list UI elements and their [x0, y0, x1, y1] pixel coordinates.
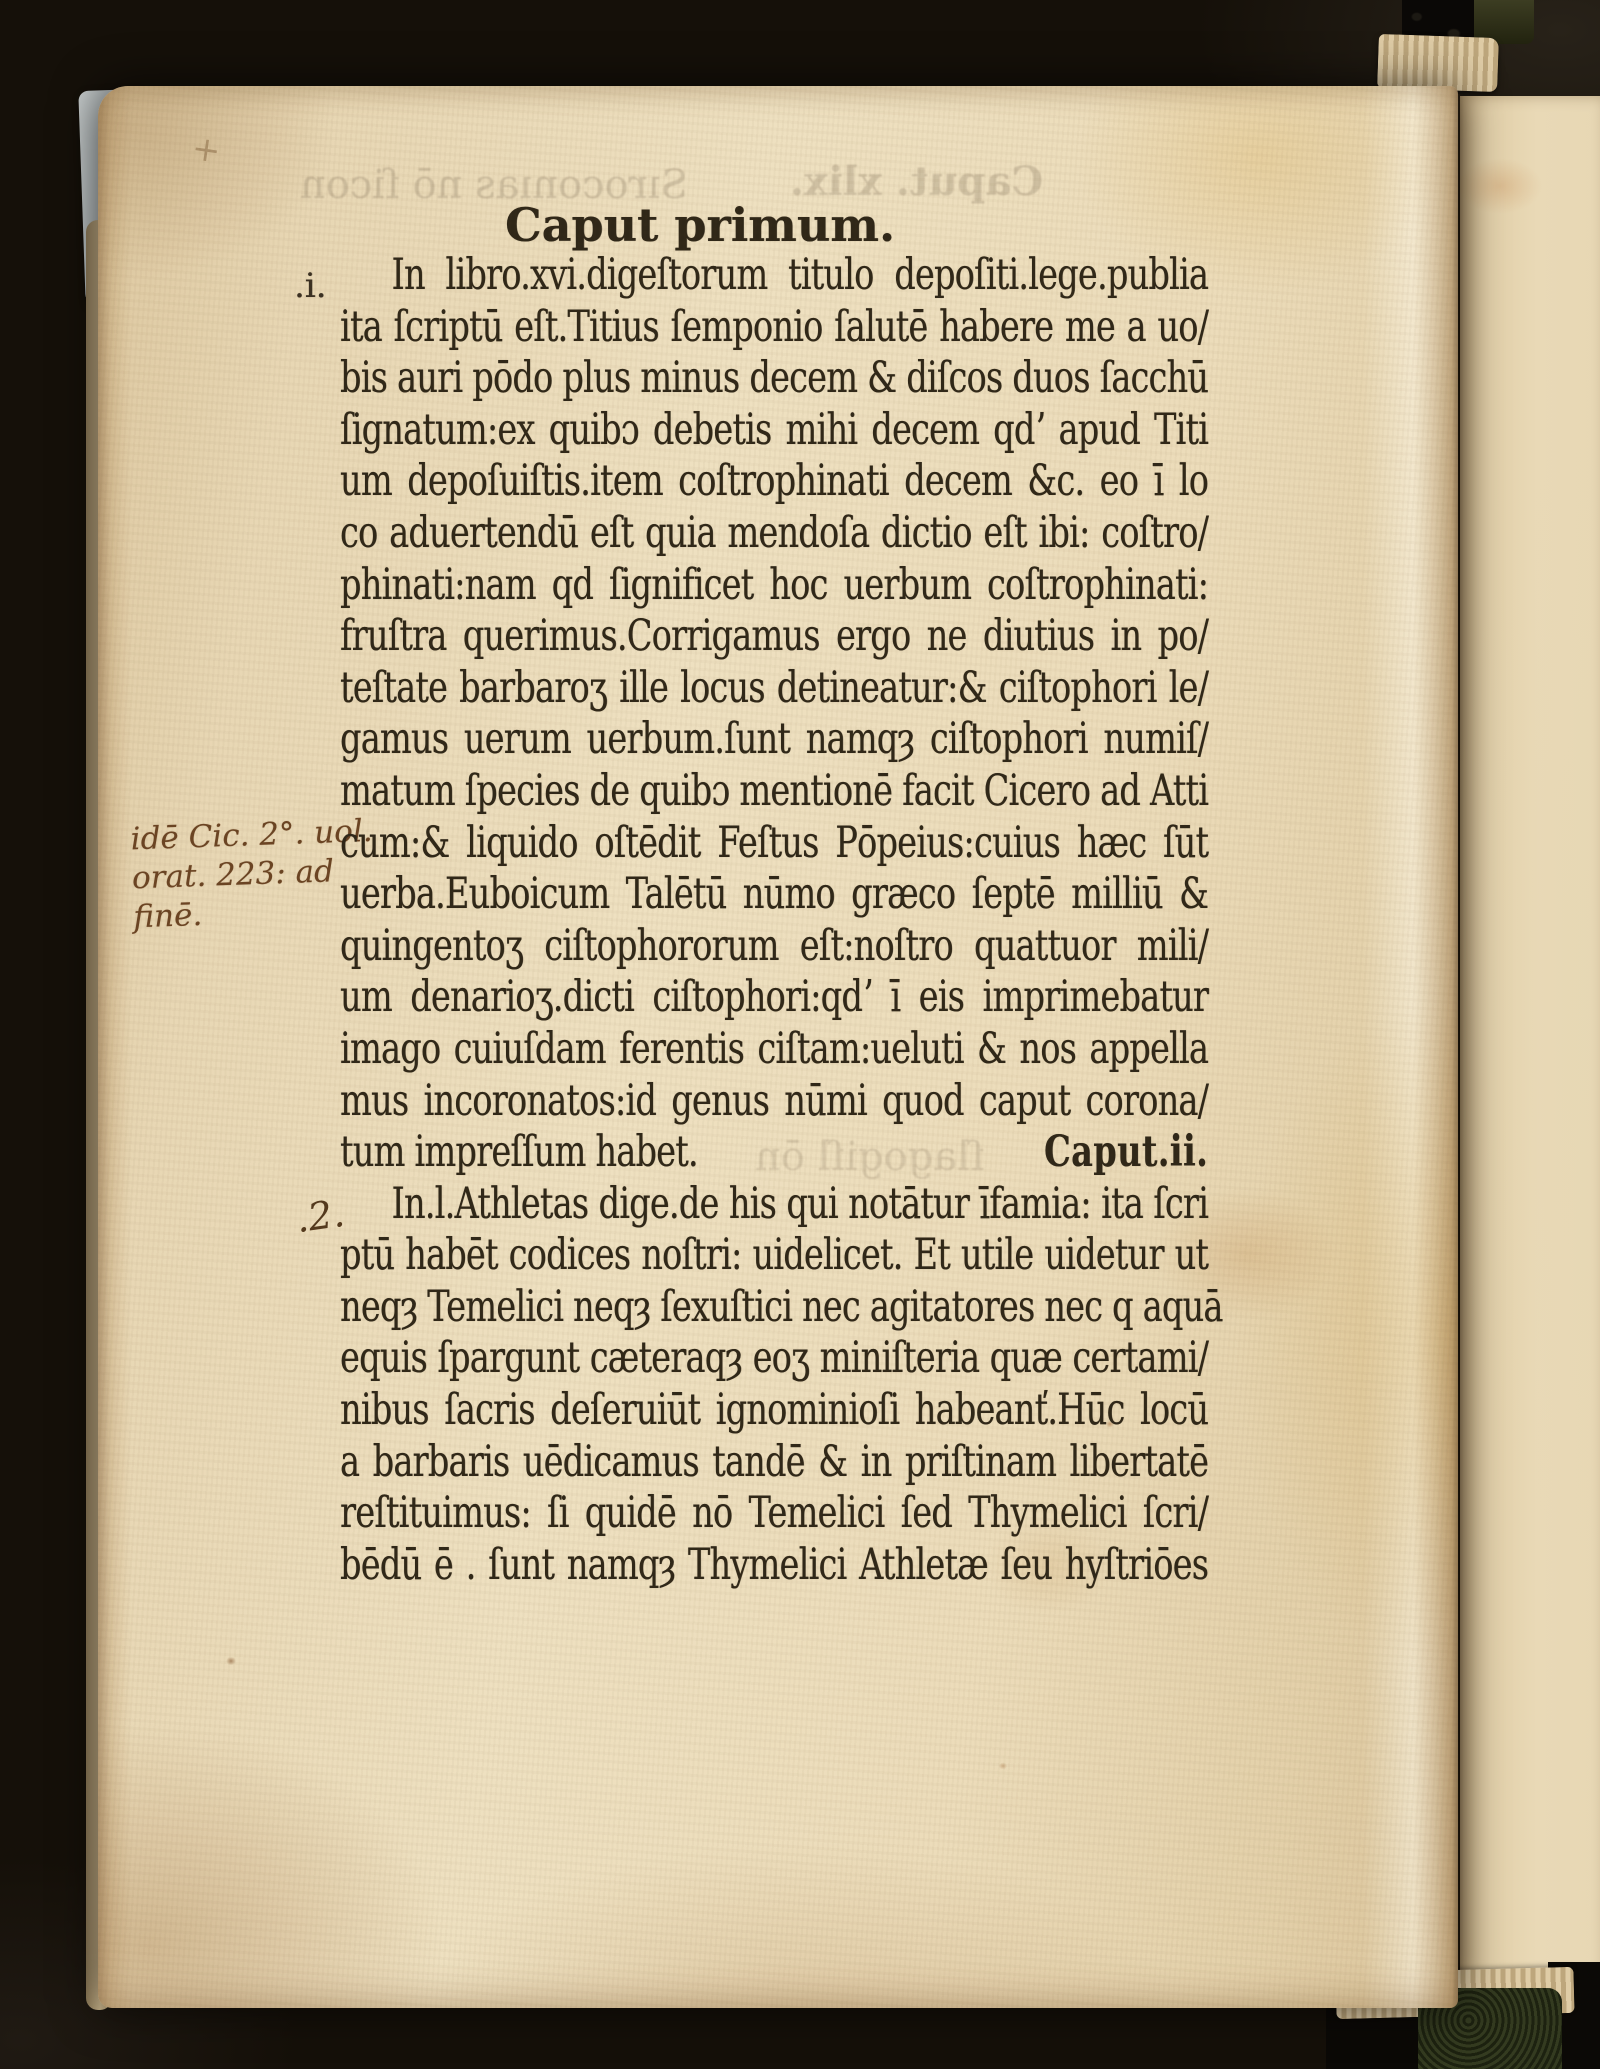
text-line: a barbaris uēdicamus tandē & in priſtina…	[340, 1437, 1208, 1489]
text-line: reſtituimus: ſi quidē nō Temelici ſed Th…	[340, 1488, 1208, 1540]
text-line: cum:& liquido oſtēdit Feſtus Pōpeius:cui…	[340, 818, 1208, 870]
text-line: bis auri pōdo plus minus decem & diſcos …	[340, 353, 1208, 405]
book-photo: Sıroconıas nō ſicon Caput. xlix. ſlagogi…	[0, 0, 1600, 2069]
handwritten-cross-mark: +	[189, 128, 223, 172]
text-line: neqȝ Temelici neqȝ ſexuſtici nec agitato…	[340, 1282, 1208, 1334]
page-stack-bottom-edge	[108, 2004, 1448, 2032]
text-line: bēdū ē . ſunt namqȝ Thymelici Athletæ ſe…	[340, 1540, 1208, 1592]
margin-mark-1: .i.	[294, 266, 327, 306]
text-line: gamus uerum uerbum.ſunt namqȝ ciſtophori…	[340, 714, 1208, 766]
facing-page-edge	[1460, 96, 1600, 1984]
chapter2-heading: Caput.ii.	[1044, 1127, 1208, 1179]
text-column: In libro.xvi.digeſtorum titulo depoſiti.…	[340, 250, 1208, 1591]
text-line: ptū habēt codices noſtri: uidelicet. Et …	[340, 1230, 1208, 1282]
text-line: fruſtra querimus.Corrigamus ergo ne diut…	[340, 611, 1208, 663]
text-line: tum impreſſum habet. Caput.ii.	[340, 1127, 1208, 1179]
text-line: co aduertendū eſt quia mendoſa dictio eſ…	[340, 508, 1208, 560]
book-page: Sıroconıas nō ſicon Caput. xlix. ſlagogi…	[98, 86, 1458, 2008]
text-line: um denarioʒ.dicti ciſtophori:qdʼ ī eis i…	[340, 972, 1208, 1024]
text-line: um depoſuiſtis.item coſtrophinati decem …	[340, 456, 1208, 508]
chapter-heading: Caput primum.	[505, 198, 895, 252]
text-line: phinati:nam qd ſignificet hoc uerbum coſ…	[340, 560, 1208, 612]
text-line: ſignatum:ex quibɔ debetis mihi decem qdʼ…	[340, 405, 1208, 457]
text-line: imago cuiuſdam ferentis ciſtam:ueluti & …	[340, 1024, 1208, 1076]
text-line: In libro.xvi.digeſtorum titulo depoſiti.…	[340, 250, 1208, 302]
text-line: mus incoronatos:id genus nūmi quod caput…	[340, 1076, 1208, 1128]
text-line: equis ſpargunt cæteraqȝ eoʒ miniſteria q…	[340, 1333, 1208, 1385]
text-line: ita ſcriptū eſt.Titius ſemponio ſalutē h…	[340, 302, 1208, 354]
headband-cloth-top	[1377, 34, 1499, 92]
text-line: In.l.Athletas dige.de his qui notātur īf…	[340, 1179, 1208, 1231]
text-line: matum ſpecies de quibɔ mentionē facit Ci…	[340, 766, 1208, 818]
text-line: uerba.Euboicum Talētū nūmo græco ſeptē m…	[340, 869, 1208, 921]
text-line: nibus ſacris deſeruiūt ignominioſi habea…	[340, 1385, 1208, 1437]
text-line: quingentoʒ ciſtophororum eſt:noſtro quat…	[340, 921, 1208, 973]
chapter1-last-words: tum impreſſum habet.	[340, 1127, 698, 1179]
text-line: teſtate barbaroʒ ille locus detineatur:&…	[340, 663, 1208, 715]
